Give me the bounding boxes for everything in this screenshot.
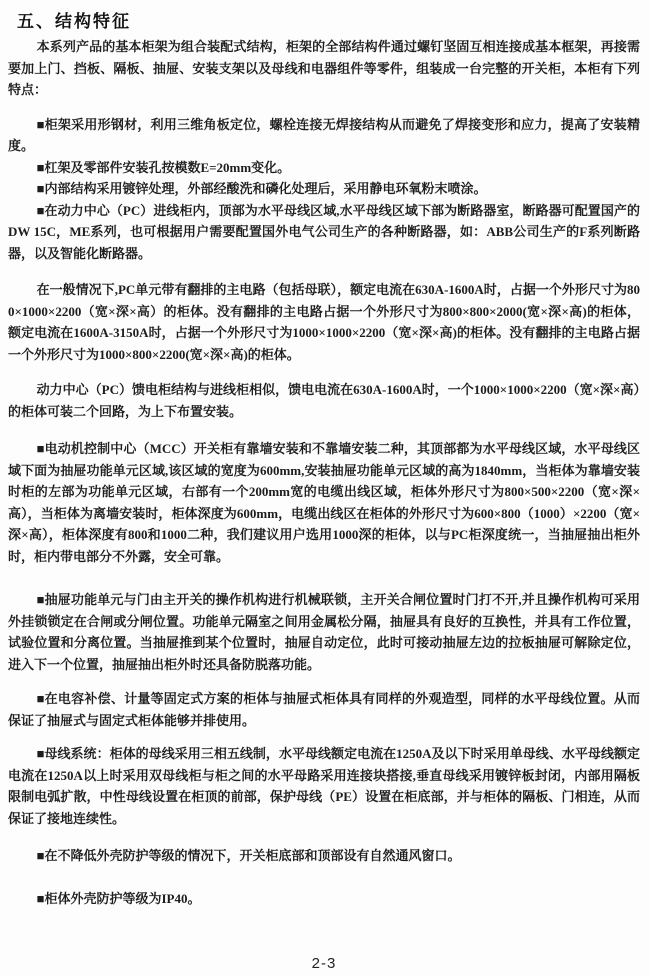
page-number: 2-3 [8,955,640,972]
paragraph-pc-unit-dimensions: 在一般情况下,PC单元带有翻排的主电路（包括母联），额定电流在630A-1600… [8,279,640,365]
section-title: 五、结构特征 [17,12,640,32]
document-page: 五、结构特征 本系列产品的基本柜架为组合装配式结构，柜架的全部结构件通过螺钉坚固… [0,0,650,977]
bullet-busbar-system: ■母线系统：柜体的母线采用三相五线制，水平母线额定电流在1250A及以下时采用单… [8,743,640,829]
paragraph-pc-feeder: 动力中心（PC）馈电柜结构与进线柜相似，馈电电流在630A-1600A时，一个1… [8,379,640,422]
bullet-pc-incoming: ■在动力中心（PC）进线柜内，顶部为水平母线区域,水平母线区域下部为断路器室，断… [8,200,640,265]
bullet-drawer-unit: ■抽屉功能单元与门由主开关的操作机构进行机械联锁，主开关合闸位置时门打不开,并且… [8,589,640,675]
bullet-mcc: ■电动机控制中心（MCC）开关柜有靠墙安装和不靠墙安装二种，其顶部都为水平母线区… [8,438,640,567]
bullet-mounting-holes: ■杠架及零部件安装孔按模数E=20mm变化。 [8,157,640,179]
bullet-surface-treatment: ■内部结构采用镀锌处理，外部经酸洗和磷化处理后，采用静电环氧粉末喷涂。 [8,178,640,200]
bullet-capacitor-metering: ■在电容补偿、计量等固定式方案的柜体与抽屉式柜体具有同样的外观造型，同样的水平母… [8,688,640,731]
bullet-ventilation: ■在不降低外壳防护等级的情况下，开关柜底部和顶部设有自然通风窗口。 [8,845,640,867]
intro-paragraph: 本系列产品的基本柜架为组合装配式结构，柜架的全部结构件通过螺钉坚固互相连接成基本… [8,36,640,101]
bullet-frame-steel: ■柜架采用形钢材，利用三维角板定位，螺栓连接无焊接结构从而避免了焊接变形和应力，… [8,114,640,157]
bullet-ip-rating: ■柜体外壳防护等级为IP40。 [8,888,640,910]
